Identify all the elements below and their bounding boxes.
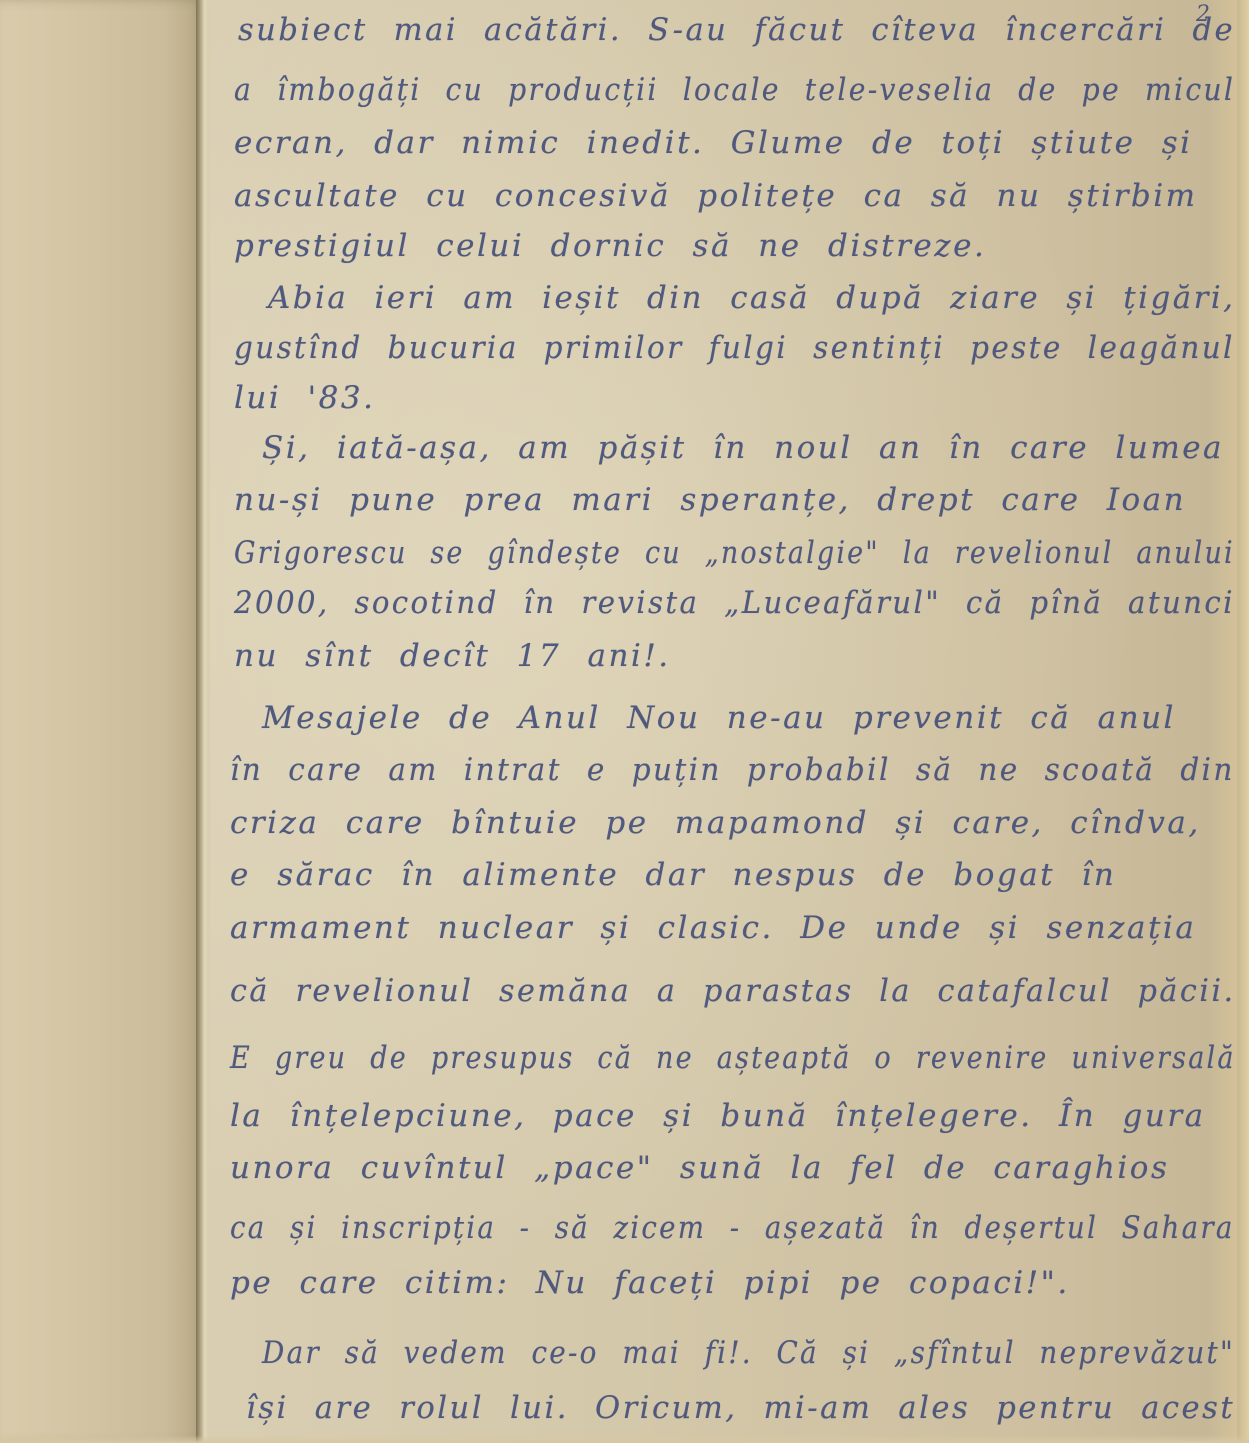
text-line: prestigiul celui dornic să ne distreze.	[234, 228, 986, 264]
text-line: nu-și pune prea mari speranțe, drept car…	[234, 482, 1186, 518]
text-line: lui '83.	[234, 380, 375, 416]
text-line: pe care citim: Nu faceți pipi pe copaci!…	[230, 1265, 1070, 1301]
left-facing-page	[0, 0, 205, 1443]
text-line: E greu de presupus că ne așteaptă o reve…	[230, 1040, 1236, 1076]
text-line: la înțelepciune, pace și bună înțelegere…	[230, 1098, 1206, 1134]
text-line: 2000, socotind în revista „Luceafărul" c…	[234, 585, 1235, 621]
page-edge	[1237, 0, 1249, 1443]
text-line: gustînd bucuria primilor fulgi sentinți …	[234, 330, 1235, 366]
text-line: Și, iată-așa, am pășit în noul an în car…	[262, 430, 1224, 466]
text-line: își are rolul lui. Oricum, mi-am ales pe…	[246, 1390, 1235, 1426]
text-line: armament nuclear și clasic. De unde și s…	[230, 910, 1196, 946]
text-line: unora cuvîntul „pace" sună la fel de car…	[230, 1150, 1169, 1186]
notebook-gutter	[196, 0, 210, 1443]
text-line: Abia ieri am ieșit din casă după ziare ș…	[268, 280, 1235, 316]
text-line: subiect mai acătări. S-au făcut cîteva î…	[238, 12, 1235, 48]
page-bottom-edge	[0, 1435, 1249, 1443]
text-line: ecran, dar nimic inedit. Glume de toți ș…	[234, 125, 1193, 161]
text-line: în care am intrat e puțin probabil să ne…	[230, 752, 1235, 788]
photo-scene: 2 subiect mai acătări. S-au făcut cîteva…	[0, 0, 1249, 1443]
text-line: că revelionul semăna a parastas la cataf…	[230, 973, 1236, 1009]
text-line: ca și inscripția - să zicem - așezată în…	[230, 1210, 1235, 1246]
text-line: a îmbogăți cu producții locale tele-vese…	[234, 72, 1235, 108]
text-line: nu sînt decît 17 ani!.	[234, 638, 671, 674]
text-line: criza care bîntuie pe mapamond și care, …	[230, 805, 1201, 841]
text-line: Grigorescu se gîndește cu „nostalgie" la…	[234, 535, 1235, 571]
text-line: e sărac în alimente dar nespus de bogat …	[230, 857, 1116, 893]
text-line: ascultate cu concesivă politețe ca să nu…	[234, 178, 1198, 214]
text-line: Mesajele de Anul Nou ne-au prevenit că a…	[262, 700, 1176, 736]
text-line: Dar să vedem ce-o mai fi!. Că și „sfîntu…	[262, 1335, 1235, 1371]
